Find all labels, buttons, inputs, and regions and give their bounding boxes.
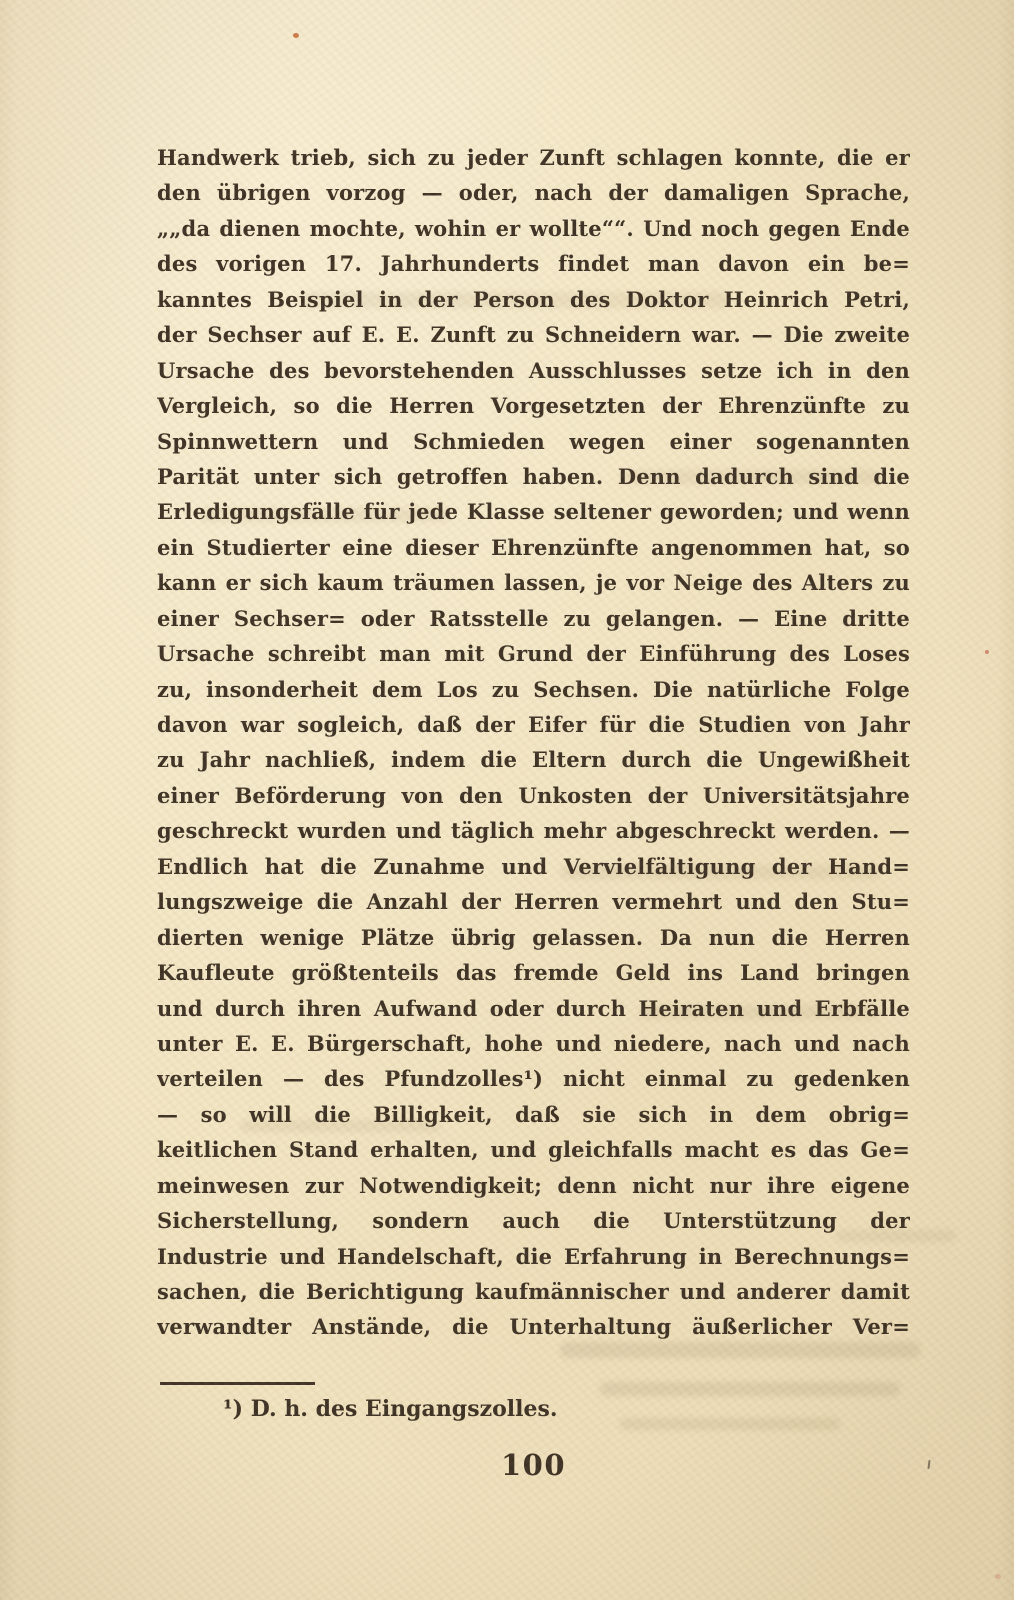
text-line: „„da dienen mochte, wohin er wollte““. U… xyxy=(157,211,910,246)
text-line: Spinnwettern und Schmieden wegen einer s… xyxy=(157,424,910,459)
bleed-through-smudge xyxy=(620,1418,840,1430)
footnote-text: ¹) D. h. des Eingangszolles. xyxy=(223,1392,558,1426)
text-line: Ursache schreibt man mit Grund der Einfü… xyxy=(157,636,910,671)
text-line: den übrigen vorzog — oder, nach der dama… xyxy=(157,175,910,210)
ink-speck xyxy=(927,1460,930,1469)
scanned-book-page: Handwerk trieb, sich zu jeder Zunft schl… xyxy=(0,0,1014,1600)
footnote-rule xyxy=(160,1382,315,1385)
text-line: Kaufleute größtenteils das fremde Geld i… xyxy=(157,955,910,990)
text-line: Ursache des bevorstehenden Ausschlusses … xyxy=(157,353,910,388)
text-line: geschreckt wurden und täglich mehr abges… xyxy=(157,813,910,848)
text-line: lungszweige die Anzahl der Herren vermeh… xyxy=(157,884,910,919)
text-line: sachen, die Berichtigung kaufmännischer … xyxy=(157,1274,910,1309)
text-line: Handwerk trieb, sich zu jeder Zunft schl… xyxy=(157,140,910,175)
text-line: Sicherstellung, sondern auch die Unterst… xyxy=(157,1203,910,1238)
text-line: Erledigungsfälle für jede Klasse seltene… xyxy=(157,494,910,529)
text-line: und durch ihren Aufwand oder durch Heira… xyxy=(157,991,910,1026)
text-line: einer Sechser= oder Ratsstelle zu gelang… xyxy=(157,601,910,636)
text-line: verteilen — des Pfundzolles¹) nicht einm… xyxy=(157,1061,910,1096)
body-text: Handwerk trieb, sich zu jeder Zunft schl… xyxy=(157,140,910,1345)
bleed-through-smudge xyxy=(600,1382,900,1396)
text-line: der Sechser auf E. E. Zunft zu Schneider… xyxy=(157,317,910,352)
text-line: meinwesen zur Notwendigkeit; denn nicht … xyxy=(157,1168,910,1203)
text-line: verwandter Anstände, die Unterhaltung äu… xyxy=(157,1309,910,1344)
text-line: davon war sogleich, daß der Eifer für di… xyxy=(157,707,910,742)
text-line: — so will die Billigkeit, daß sie sich i… xyxy=(157,1097,910,1132)
text-line: zu, insonderheit dem Los zu Sechsen. Die… xyxy=(157,672,910,707)
text-line: Parität unter sich getroffen haben. Denn… xyxy=(157,459,910,494)
text-line: unter E. E. Bürgerschaft, hohe und niede… xyxy=(157,1026,910,1061)
text-line: des vorigen 17. Jahrhunderts findet man … xyxy=(157,246,910,281)
text-line: keitlichen Stand erhalten, und gleichfal… xyxy=(157,1132,910,1167)
text-line: einer Beförderung von den Unkosten der U… xyxy=(157,778,910,813)
ink-speck xyxy=(995,1574,1001,1579)
text-line: kanntes Beispiel in der Person des Dokto… xyxy=(157,282,910,317)
text-line: zu Jahr nachließ, indem die Eltern durch… xyxy=(157,742,910,777)
text-line: Endlich hat die Zunahme und Vervielfälti… xyxy=(157,849,910,884)
ink-speck xyxy=(985,650,989,654)
text-line: Vergleich, so die Herren Vorgesetzten de… xyxy=(157,388,910,423)
text-line: Industrie und Handelschaft, die Erfahrun… xyxy=(157,1239,910,1274)
text-line: kann er sich kaum träumen lassen, je vor… xyxy=(157,565,910,600)
text-line: ein Studierter eine dieser Ehrenzünfte a… xyxy=(157,530,910,565)
text-line: dierten wenige Plätze übrig gelassen. Da… xyxy=(157,920,910,955)
ink-speck xyxy=(293,33,299,38)
page-number: 100 xyxy=(157,1445,910,1485)
